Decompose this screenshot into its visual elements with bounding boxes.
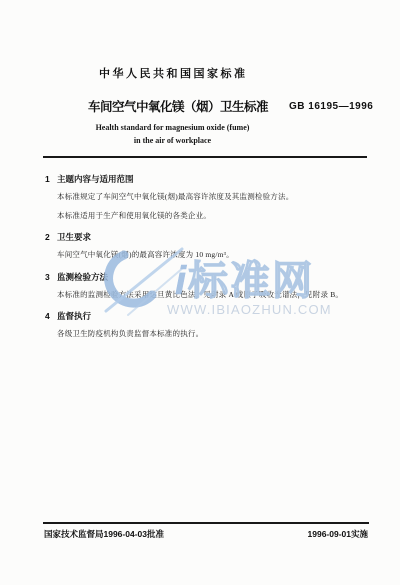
document-title-en-line1: Health standard for magnesium oxide (fum…	[50, 121, 295, 134]
section-paragraph: 本标准适用于生产和使用氧化镁的各类企业。	[57, 209, 371, 223]
header-rule	[43, 156, 367, 158]
section-heading: 1主题内容与适用范围	[45, 173, 371, 185]
section-monitoring-methods: 3监测检验方法 本标准的监测检验方法采用达旦黄比色法，见附录 A 或原子吸收光谱…	[45, 271, 371, 302]
section-heading: 2卫生要求	[45, 231, 371, 243]
document-title-cn: 车间空气中氧化镁（烟）卫生标准	[88, 97, 268, 115]
standard-number: GB 16195—1996	[289, 101, 373, 112]
footer-rule	[43, 522, 369, 524]
section-number: 3	[45, 272, 57, 282]
document-title-en-line2: in the air of workplace	[50, 134, 295, 147]
section-title: 主题内容与适用范围	[57, 174, 134, 184]
document-title-en: Health standard for magnesium oxide (fum…	[50, 121, 295, 147]
standard-type-label: 中华人民共和国国家标准	[99, 65, 248, 81]
section-title: 卫生要求	[57, 232, 91, 242]
scanned-standard-document-page: 中华人民共和国国家标准 车间空气中氧化镁（烟）卫生标准 GB 16195—199…	[0, 0, 400, 585]
section-heading: 4监督执行	[45, 310, 371, 322]
section-title: 监测检验方法	[57, 272, 108, 282]
section-number: 4	[45, 311, 57, 321]
section-paragraph: 本标准规定了车间空气中氧化镁(烟)最高容许浓度及其监测检验方法。	[57, 190, 371, 204]
section-supervision: 4监督执行 各级卫生防疫机构负责监督本标准的执行。	[45, 310, 371, 341]
section-heading: 3监测检验方法	[45, 271, 371, 283]
section-title: 监督执行	[57, 311, 91, 321]
section-hygiene-requirements: 2卫生要求 车间空气中氧化镁(烟)的最高容许浓度为 10 mg/m³。	[45, 231, 371, 262]
document-body: 1主题内容与适用范围 本标准规定了车间空气中氧化镁(烟)最高容许浓度及其监测检验…	[45, 173, 371, 341]
section-paragraph: 本标准的监测检验方法采用达旦黄比色法，见附录 A 或原子吸收光谱法，见附录 B。	[57, 288, 371, 302]
section-scope: 1主题内容与适用范围 本标准规定了车间空气中氧化镁(烟)最高容许浓度及其监测检验…	[45, 173, 371, 222]
section-number: 2	[45, 232, 57, 242]
section-paragraph: 车间空气中氧化镁(烟)的最高容许浓度为 10 mg/m³。	[57, 248, 371, 262]
section-number: 1	[45, 174, 57, 184]
footer-approval: 国家技术监督局1996-04-03批准	[44, 528, 164, 540]
footer-implementation: 1996-09-01实施	[308, 528, 368, 540]
section-paragraph: 各级卫生防疫机构负责监督本标准的执行。	[57, 327, 371, 341]
